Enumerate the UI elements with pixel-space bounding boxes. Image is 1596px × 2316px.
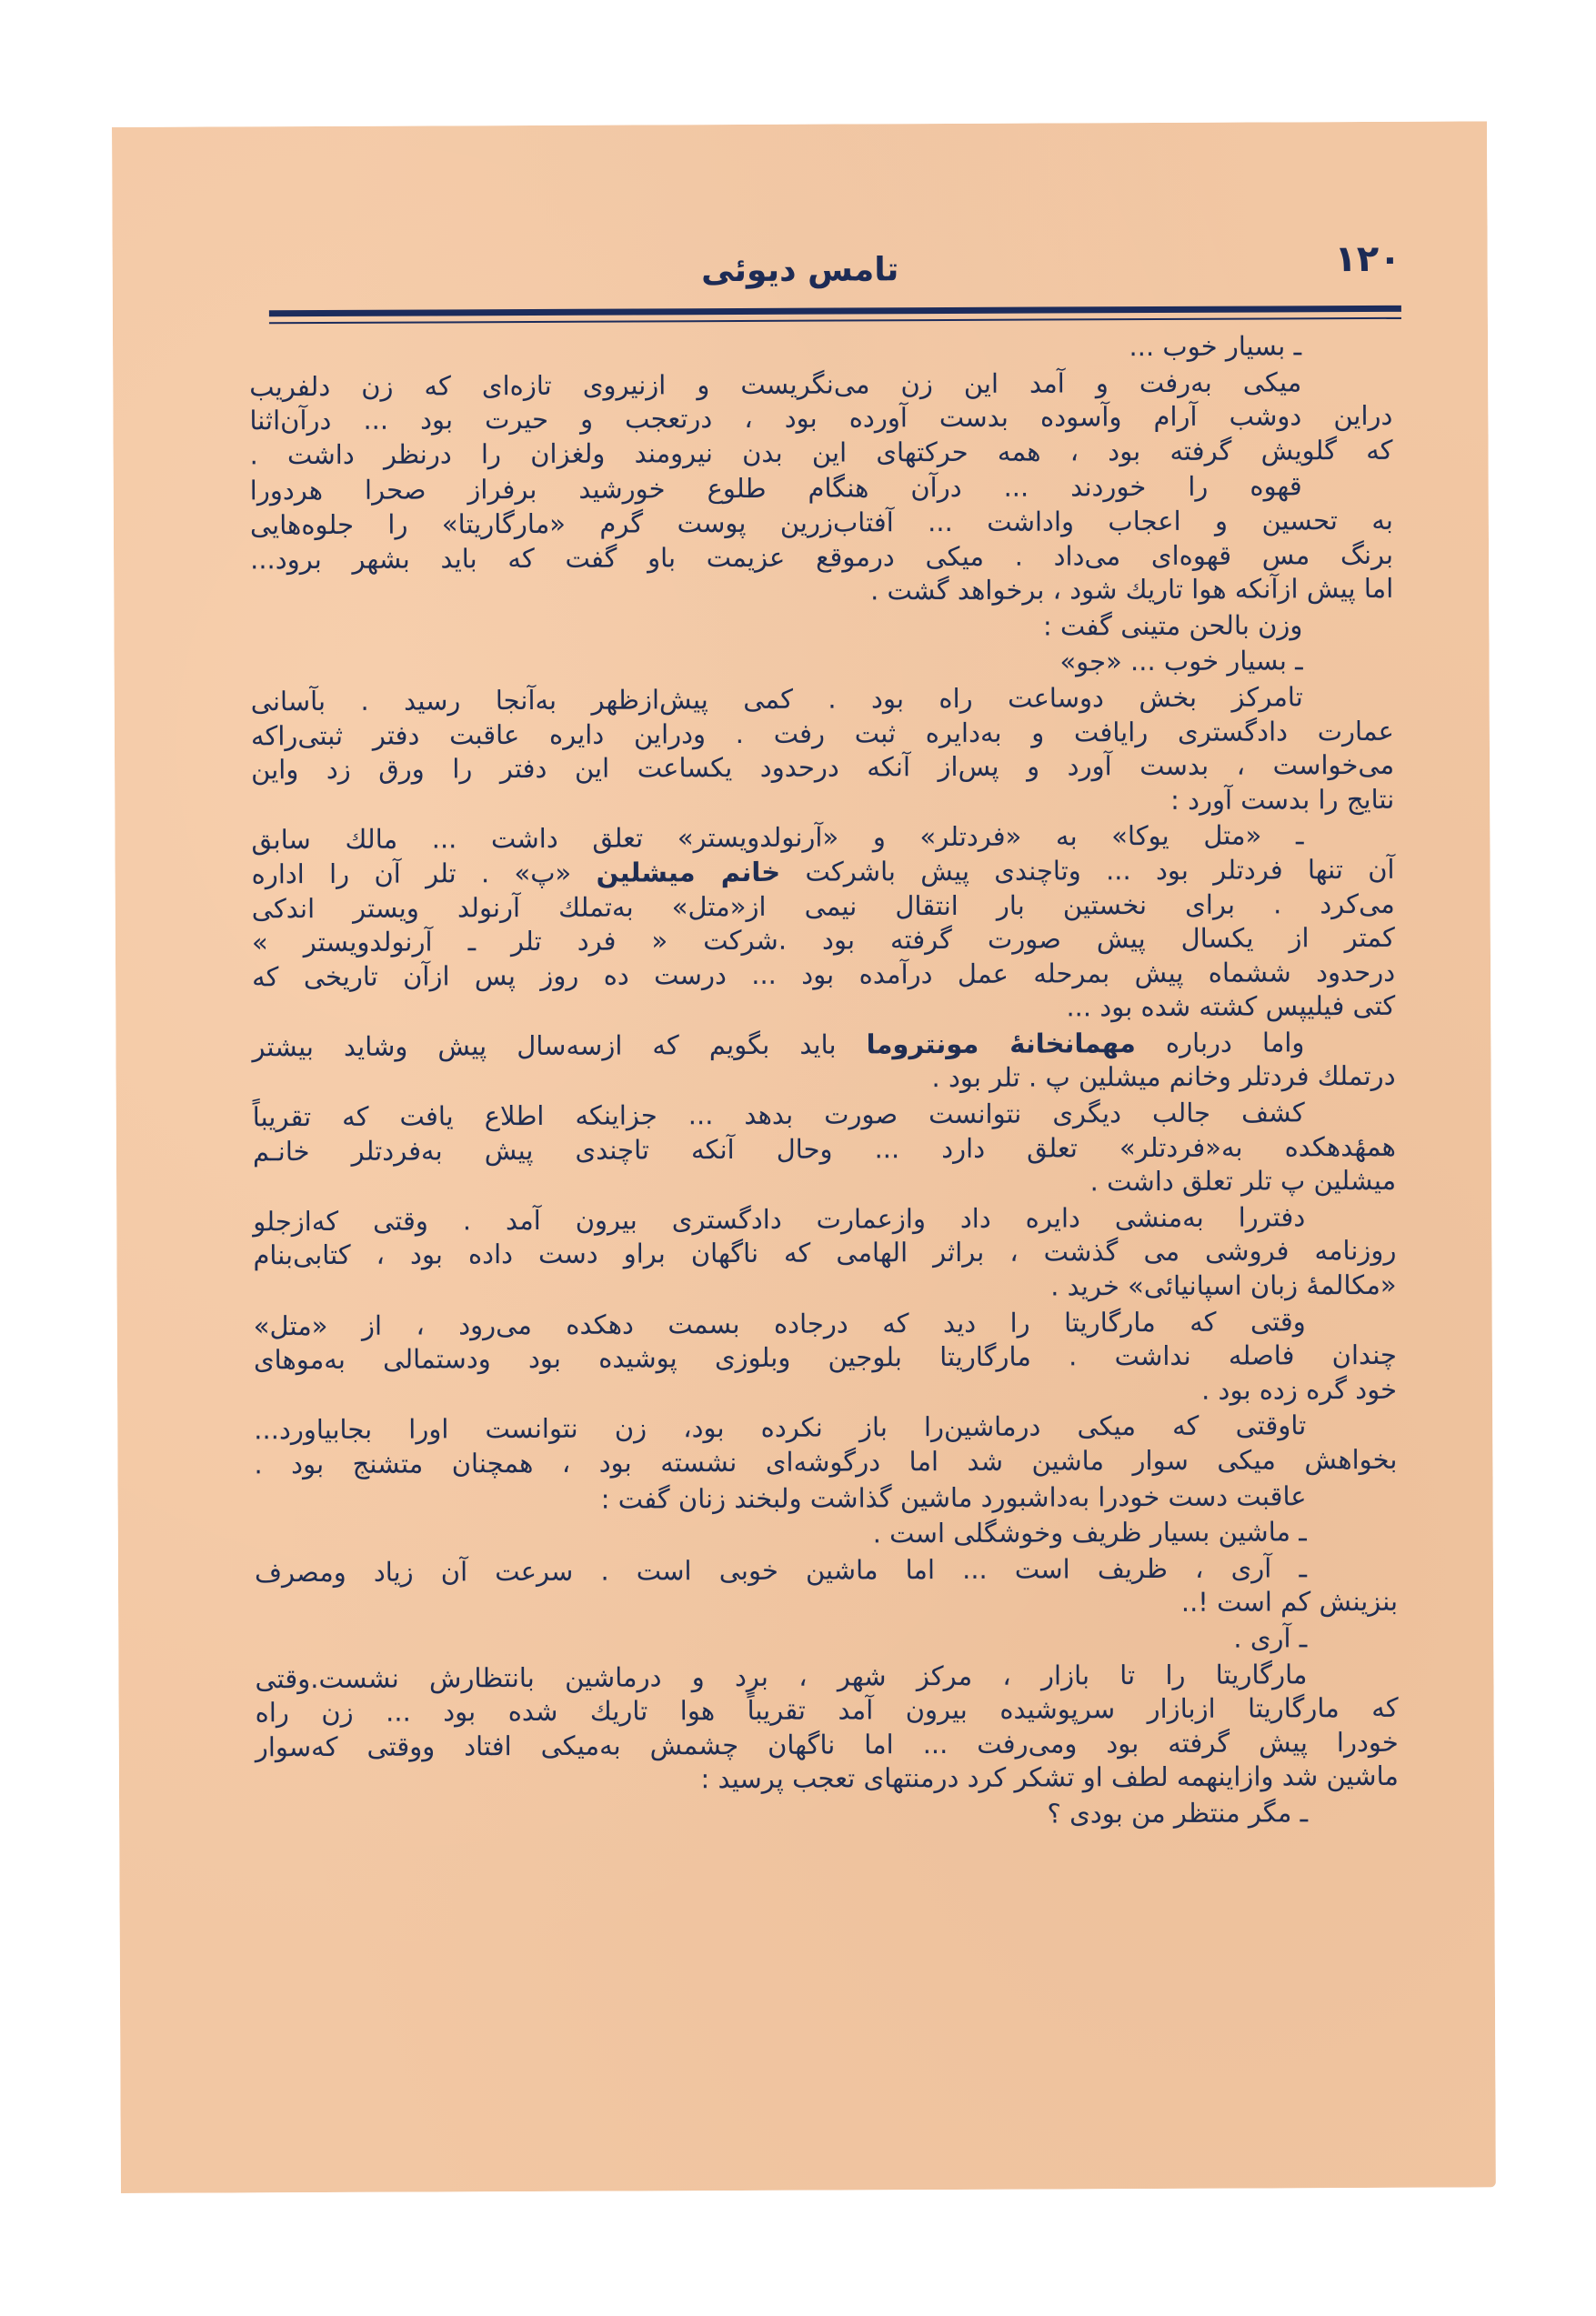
text-line: بخواهش میکی سوار ماشین شد اما درگوشه‌ای … [254, 1443, 1397, 1482]
body-text: ـ بسیار خوب ... میکی به‌رفت و آمد این زن… [249, 329, 1399, 1835]
text-line: ماشین شد وازاینهمه لطف او تشکر کرد درمنت… [256, 1760, 1399, 1799]
text-line: ـ ماشین بسیار ظریف وخوشگلی است . [255, 1515, 1398, 1554]
book-page: ۱۲۰ تامس دیوئی ـ بسیار خوب ... میکی به‌ر… [112, 121, 1496, 2193]
text-line: روزنامه فروشی می گذشت ، براثر الهامی که … [253, 1234, 1396, 1273]
text-line: دفتررا به‌منشی دایره داد وازعمارت دادگست… [253, 1200, 1396, 1239]
text-line: اما پیش ازآنکه هوا تاریك شود ، برخواهد گ… [250, 572, 1393, 611]
text-line: ـ بسیار خوب ... [249, 329, 1392, 368]
text-line: خود گره زده بود . [254, 1373, 1397, 1412]
text-line: ـ آری ، ظریف است ... اما ماشین خوبی است … [255, 1551, 1398, 1590]
text-line: آن تنها فردتلر بود ... وتاچندی پیش باشرک… [252, 853, 1395, 892]
text-line: بنزینش کم است !.. [255, 1585, 1398, 1624]
text-line: که مارگاریتا ازبازار سرپوشیده بیرون آمد … [256, 1691, 1399, 1730]
text-line: «مکالمهٔ زبان اسپانیائی» خرید . [254, 1268, 1397, 1308]
text-line: چندان فاصله نداشت . مارگاریتا بلوجین وبل… [254, 1338, 1397, 1378]
text-line: ـ «متل یوکا» به «فردتلر» و «آرنولدویستر»… [251, 818, 1394, 857]
text-line: که گلویش گرفته بود ، همه حرکتهای این بدن… [249, 434, 1392, 473]
text-line: ـ بسیار خوب ... «جو» [251, 644, 1394, 683]
text-line: واما درباره مهمانخانهٔ مونتروما باید بگو… [252, 1026, 1395, 1065]
text-line: وقتی که مارگاریتا را دید که درجاده بسمت … [254, 1304, 1397, 1343]
text-line: به تحسین و اعجاب واداشت ... آفتاب‌زرین پ… [250, 504, 1393, 543]
text-line: دراین دوشب آرام وآسوده بدست آورده بود ، … [249, 399, 1392, 438]
text-line: خودرا پیش گرفته بود ومی‌رفت ... اما ناگه… [256, 1726, 1399, 1765]
text-line: درتملك فردتلر وخانم میشلین پ . تلر بود . [252, 1059, 1395, 1098]
bold-name: خانم میشلین [596, 857, 780, 888]
bold-name: مهمانخانهٔ مونتروما [866, 1028, 1135, 1059]
text-line: کمتر از یکسال پیش صورت گرفته بود .شرکت «… [252, 921, 1395, 960]
text-line: می‌کرد . برای نخستین بار انتقال نیمی از«… [252, 887, 1395, 926]
text-line: عمارت دادگستری رایافت و به‌دایره ثبت رفت… [251, 714, 1394, 753]
text-line: وزن بالحن متینی گفت : [250, 608, 1393, 647]
text-line: ـ آری . [255, 1621, 1398, 1660]
text-line: همهٔدهکده به«فردتلر» تعلق دارد ... وحال … [253, 1130, 1396, 1169]
text-line: تامرکز بخش دوساعت راه بود . کمی پیش‌ازظه… [251, 680, 1394, 719]
header-rule-thin [269, 317, 1401, 324]
text-line: قهوه را خوردند ... درآن هنگام طلوع خورشی… [250, 469, 1393, 508]
text-line: میکی به‌رفت و آمد این زن می‌نگریست و ازن… [249, 365, 1392, 404]
text-line: مارگاریتا را تا بازار ، مرکز شهر ، برد و… [255, 1657, 1398, 1696]
text-line: تاوقتی که میکی درماشین‌را باز نکرده بود،… [254, 1409, 1397, 1448]
text-line: برنگ مس قهوه‌ای می‌داد . میکی درموقع عزی… [250, 537, 1393, 576]
header-rule-thick [269, 306, 1401, 316]
text-line: می‌خواست ، بدست آورد و پس‌از آنکه درحدود… [251, 748, 1394, 787]
text-line: کشف جالب دیگری نتوانست صورت بدهد ... جزا… [253, 1096, 1396, 1135]
text-line: نتایج را بدست آورد : [251, 783, 1394, 822]
text-line: کتی فیلیپس کشته شده بود ... [252, 989, 1395, 1028]
text-line: عاقبت دست خودرا به‌داشبورد ماشین گذاشت و… [255, 1479, 1398, 1518]
running-head-author: تامس دیوئی [113, 248, 1488, 292]
text-line: ـ مگر منتظر من بودی ؟ [256, 1796, 1399, 1835]
text-line: میشلین پ تلر تعلق داشت . [253, 1164, 1396, 1203]
text-line: درحدود ششماه پیش بمرحله عمل درآمده بود .… [252, 956, 1395, 995]
